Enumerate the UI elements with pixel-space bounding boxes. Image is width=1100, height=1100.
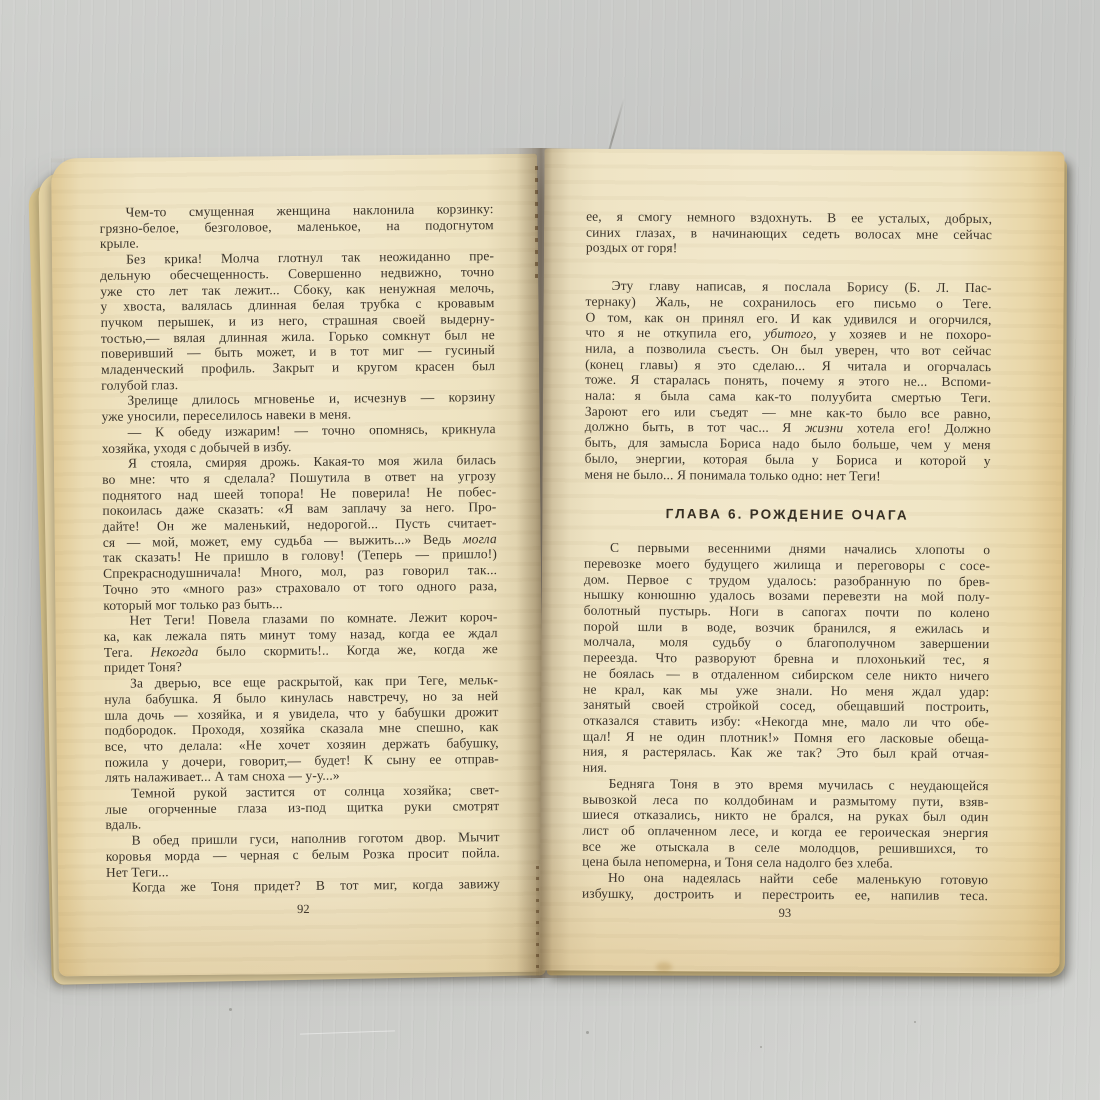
surface-speck xyxy=(229,1008,232,1011)
paragraph: Но она надеялась найти себе маленькую го… xyxy=(582,870,988,904)
paragraph: Темной рукой застится от солнца хозяйка;… xyxy=(105,782,499,833)
paragraph: Нет Теги! Повела глазами по комнате. Леж… xyxy=(103,609,498,676)
page-number-left: 92 xyxy=(106,900,500,919)
paragraph: Когда же Тоня придет? В тот миг, когда з… xyxy=(106,876,500,895)
chapter-heading: ГЛАВА 6. РОЖДЕНИЕ ОЧАГА xyxy=(584,506,990,524)
binding-stitches-bottom xyxy=(536,866,539,976)
paragraph: Я стояла, смиряя дрожь. Какая-то моя жил… xyxy=(102,452,497,613)
right-page-text: ее, я смогу немного вздохнуть. В ее уста… xyxy=(582,209,992,904)
text-line: роздых от горя! xyxy=(586,240,992,258)
text-line: меня не было... Я понимала только одно: … xyxy=(584,466,990,484)
page-number-right: 93 xyxy=(582,905,988,922)
paragraph: Эту главу написав, я послала Борису (Б. … xyxy=(584,278,991,485)
paragraph: Бедняга Тоня в это время мучилась с неуд… xyxy=(582,775,989,872)
paragraph: С первыми весенними днями начались хлопо… xyxy=(583,540,990,778)
text-line: ГЛАВА 6. РОЖДЕНИЕ ОЧАГА xyxy=(584,506,990,524)
left-page: Чем-то смущенная женщина наклонила корзи… xyxy=(51,154,545,977)
book-photo-scene: Чем-то смущенная женщина наклонила корзи… xyxy=(0,0,1100,1100)
surface-scratch xyxy=(300,1030,395,1034)
paper-stain xyxy=(656,962,672,972)
paragraph: Зрелище длилось мгновенье и, исчезнув — … xyxy=(101,390,495,425)
text-line: избушку, достроить и перестроить ее, нап… xyxy=(582,885,988,903)
paragraph: Без крика! Молча глотнул так неожиданно … xyxy=(100,248,495,393)
surface-speck xyxy=(586,1031,589,1034)
right-page: ее, я смогу немного вздохнуть. В ее уста… xyxy=(539,148,1064,973)
binding-stitches-top xyxy=(535,166,538,278)
paragraph: — К обеду изжарим! — точно опомнясь, кри… xyxy=(102,421,496,456)
left-page-text: Чем-то смущенная женщина наклонила корзи… xyxy=(100,201,501,896)
text-line: Когда же Тоня придет? В тот миг, когда з… xyxy=(106,876,500,895)
surface-speck xyxy=(760,1046,762,1048)
paragraph: Чем-то смущенная женщина наклонила корзи… xyxy=(100,201,494,252)
paragraph: За дверью, все еще раскрытой, как при Те… xyxy=(104,672,499,786)
surface-speck xyxy=(914,1021,916,1023)
paragraph: В обед пришли гуси, наполнив гоготом дво… xyxy=(106,829,500,880)
paragraph: ее, я смогу немного вздохнуть. В ее уста… xyxy=(586,209,992,259)
text-line: ния, я растерялась. Как же так? Это был … xyxy=(583,744,989,762)
